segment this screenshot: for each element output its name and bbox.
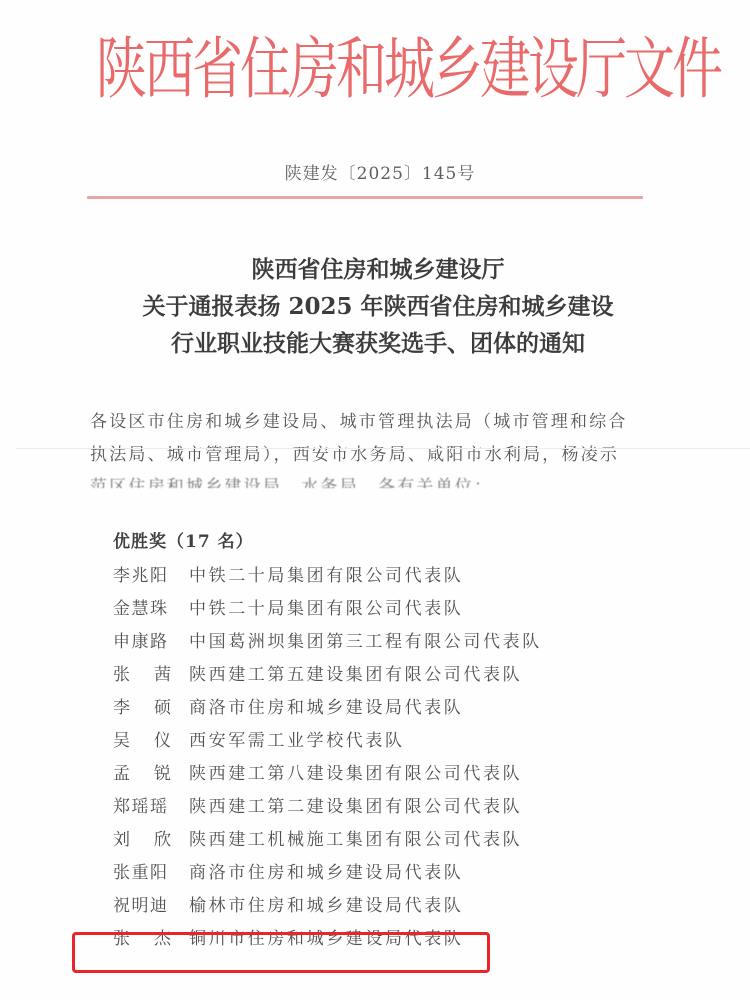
awardee-name: 金慧珠 — [113, 593, 189, 626]
title-line-3: 行业职业技能大赛获奖选手、团体的通知 — [6, 325, 750, 362]
addressee-line-1: 各设区市住房和城乡建设局、城市管理执法局（城市管理和综合 — [90, 406, 660, 439]
award-entry: 孟锐 陕西建工第八建设集团有限公司代表队 — [113, 758, 673, 791]
page-stitch-line — [16, 448, 750, 449]
awardee-organization: 陕西建工第八建设集团有限公司代表队 — [189, 758, 522, 791]
addressee-paragraph: 各设区市住房和城乡建设局、城市管理执法局（城市管理和综合 执法局、城市管理局），… — [90, 406, 660, 488]
addressee-line-2: 执法局、城市管理局），西安市水务局、咸阳市水利局，杨凌示 — [90, 439, 660, 472]
awardee-organization: 商洛市住房和城乡建设局代表队 — [189, 692, 463, 725]
red-highlight-box — [72, 932, 490, 973]
awardee-name: 孟锐 — [113, 758, 189, 791]
award-entry: 吴仪 西安军需工业学校代表队 — [113, 725, 673, 758]
document-page: 陕西省住房和城乡建设厅文件 陕建发〔2025〕145号 陕西省住房和城乡建设厅 … — [0, 0, 750, 1000]
award-entry: 郑瑶瑶 陕西建工第二建设集团有限公司代表队 — [113, 791, 673, 824]
award-list: 李兆阳 中铁二十局集团有限公司代表队 金慧珠 中铁二十局集团有限公司代表队 申康… — [113, 560, 673, 956]
awardee-name: 张茜 — [113, 659, 189, 692]
awardee-organization: 陕西建工第五建设集团有限公司代表队 — [189, 659, 522, 692]
awardee-organization: 陕西建工机械施工集团有限公司代表队 — [189, 824, 522, 857]
addressee-line-3-cropped: 范区住房和城乡建设局、水务局，各有关单位： — [90, 472, 660, 488]
award-entry: 申康路 中国葛洲坝集团第三工程有限公司代表队 — [113, 626, 673, 659]
award-entry: 金慧珠 中铁二十局集团有限公司代表队 — [113, 593, 673, 626]
awardee-name: 申康路 — [113, 626, 189, 659]
awardee-name: 刘欣 — [113, 824, 189, 857]
awardee-organization: 榆林市住房和城乡建设局代表队 — [189, 890, 463, 923]
awardee-name: 李兆阳 — [113, 560, 189, 593]
awardee-name: 吴仪 — [113, 725, 189, 758]
awardee-name: 祝明迪 — [113, 890, 189, 923]
award-section: 优胜奖（17 名） 李兆阳 中铁二十局集团有限公司代表队 金慧珠 中铁二十局集团… — [113, 527, 673, 557]
document-title: 陕西省住房和城乡建设厅 关于通报表扬 2025 年陕西省住房和城乡建设 行业职业… — [0, 251, 750, 362]
document-number: 陕建发〔2025〕145号 — [0, 159, 750, 184]
awardee-name: 张重阳 — [113, 857, 189, 890]
red-divider-line — [87, 196, 643, 199]
awardee-organization: 商洛市住房和城乡建设局代表队 — [189, 857, 463, 890]
award-entry: 张茜 陕西建工第五建设集团有限公司代表队 — [113, 659, 673, 692]
document-masthead: 陕西省住房和城乡建设厅文件 — [96, 14, 656, 128]
awardee-organization: 西安军需工业学校代表队 — [189, 725, 405, 758]
award-heading: 优胜奖（17 名） — [113, 527, 673, 557]
award-entry: 张重阳 商洛市住房和城乡建设局代表队 — [113, 857, 673, 890]
award-entry: 李兆阳 中铁二十局集团有限公司代表队 — [113, 560, 673, 593]
award-entry: 李硕 商洛市住房和城乡建设局代表队 — [113, 692, 673, 725]
award-entry: 祝明迪 榆林市住房和城乡建设局代表队 — [113, 890, 673, 923]
awardee-organization: 中铁二十局集团有限公司代表队 — [189, 593, 463, 626]
awardee-organization: 中铁二十局集团有限公司代表队 — [189, 560, 463, 593]
awardee-name: 李硕 — [113, 692, 189, 725]
awardee-organization: 中国葛洲坝集团第三工程有限公司代表队 — [189, 626, 542, 659]
awardee-organization: 陕西建工第二建设集团有限公司代表队 — [189, 791, 522, 824]
awardee-name: 郑瑶瑶 — [113, 791, 189, 824]
title-line-1: 陕西省住房和城乡建设厅 — [6, 251, 750, 288]
title-line-2: 关于通报表扬 2025 年陕西省住房和城乡建设 — [6, 288, 750, 325]
award-entry: 刘欣 陕西建工机械施工集团有限公司代表队 — [113, 824, 673, 857]
